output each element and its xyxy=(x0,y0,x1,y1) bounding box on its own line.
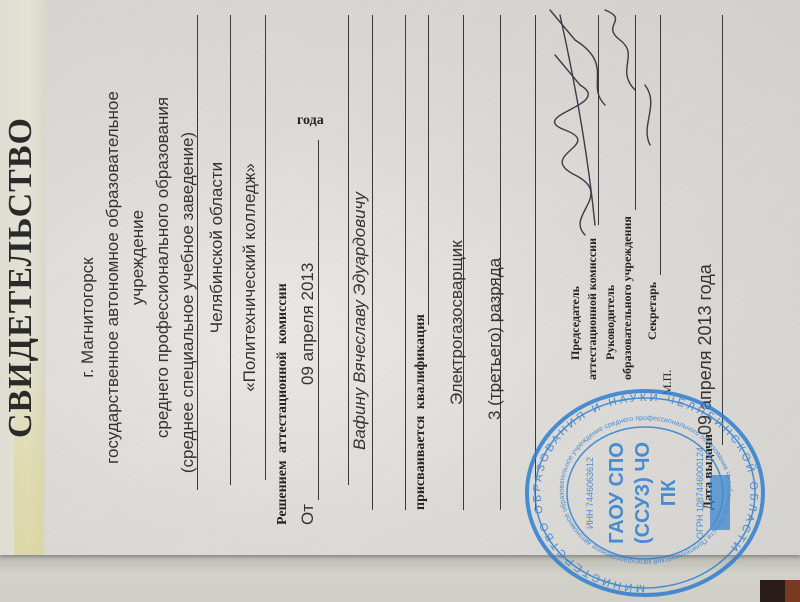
institution-line-2: учреждение xyxy=(128,0,148,535)
qualification: Электрогазосварщик xyxy=(447,0,467,405)
decision-label: Решением аттестационной комиссии xyxy=(275,0,291,525)
rule xyxy=(405,15,406,510)
issue-date: 09 апреля 2013 года xyxy=(695,0,716,435)
institution-line-6: «Политехнический колледж» xyxy=(240,0,260,555)
institution-line-4: (среднее специальное учебное заведение) xyxy=(178,25,198,580)
stamp-inn: ИНН 7446063612 xyxy=(585,457,595,529)
rule xyxy=(230,15,231,485)
qualification-label: присваивается квалификация xyxy=(413,0,429,510)
rule xyxy=(428,15,429,325)
city: г. Магнитогорск xyxy=(78,40,98,595)
decision-date: 09 апреля 2013 xyxy=(298,0,318,385)
certificate-page: СВИДЕТЕЛЬСТВО г. Магнитогорск государств… xyxy=(0,0,800,555)
official-stamp: МИНИСТЕРСТВО ОБРАЗОВАНИЯ И НАУКИ ЧЕЛЯБИН… xyxy=(505,375,800,600)
grade: 3 (третьего) разряда xyxy=(485,0,505,420)
document-title: СВИДЕТЕЛЬСТВО xyxy=(2,0,40,555)
rule xyxy=(372,15,373,510)
stamp-center-3: ПК xyxy=(658,479,680,506)
stamp-center-1: ГАОУ СПО xyxy=(606,442,628,544)
rule xyxy=(265,15,266,480)
rule xyxy=(318,140,319,500)
institution-line-5: Челябинской области xyxy=(207,0,227,525)
stamp-center-2: (ССУЗ) ЧО xyxy=(632,442,654,544)
stamp-ogrn: ОГРН 1087446000124 xyxy=(695,447,705,539)
recipient-name: Вафину Вячеславу Эдуардовичу xyxy=(350,0,370,450)
rule xyxy=(348,15,349,485)
institution-line-3: среднего профессионального образования xyxy=(153,0,173,545)
institution-line-1: государственное автономное образовательн… xyxy=(103,0,123,555)
signatures xyxy=(545,5,685,255)
